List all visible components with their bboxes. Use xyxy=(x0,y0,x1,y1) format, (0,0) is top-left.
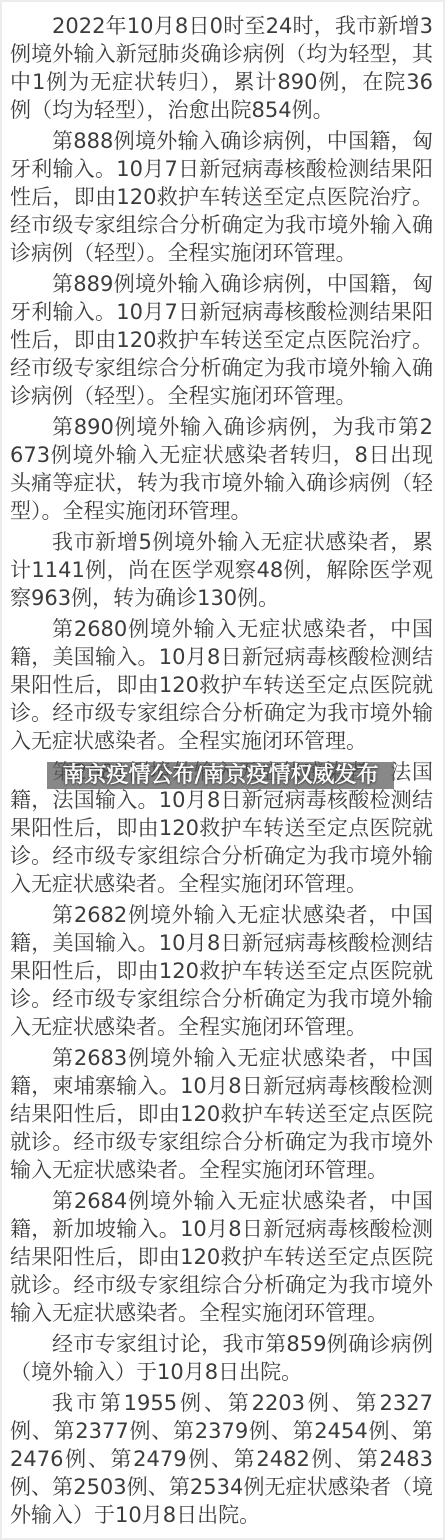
article-paragraph-summary: 2022年10月8日0时至24时，我市新增3例境外输入新冠肺炎确诊病例（均为轻型… xyxy=(10,12,433,124)
watermark-banner: 南京疫情公布/南京疫情权威发布 xyxy=(47,762,394,789)
watermark-text: 南京疫情公布/南京疫情权威发布 xyxy=(62,762,378,789)
article-paragraph-case-2683: 第2683例境外输入无症状感染者，中国籍，柬埔寨输入。10月8日新冠病毒核酸检测… xyxy=(10,1044,433,1184)
article-paragraph-asymptomatic-summary: 我市新增5例境外输入无症状感染者，累计1141例，尚在医学观察48例，解除医学观… xyxy=(10,528,433,612)
article-paragraph-case-2684: 第2684例境外输入无症状感染者，中国籍，新加坡输入。10月8日新冠病毒核酸检测… xyxy=(10,1187,433,1327)
article-paragraph-case-2680: 第2680例境外输入无症状感染者，中国籍，美国输入。10月8日新冠病毒核酸检测结… xyxy=(10,615,433,755)
article-paragraph-case-2682: 第2682例境外输入无症状感染者，中国籍，美国输入。10月8日新冠病毒核酸检测结… xyxy=(10,901,433,1041)
article-paragraph-case-888: 第888例境外输入确诊病例，中国籍，匈牙利输入。10月7日新冠病毒核酸检测结果阳… xyxy=(10,127,433,267)
article-page: 2022年10月8日0时至24时，我市新增3例境外输入新冠肺炎确诊病例（均为轻型… xyxy=(0,0,445,1540)
article-paragraph-discharge-list: 我市第1955例、第2203例、第2327例、第2377例、第2379例、第24… xyxy=(10,1389,433,1529)
article-paragraph-discharge-859: 经市专家组讨论，我市第859例确诊病例（境外输入）于10月8日出院。 xyxy=(10,1330,433,1386)
article-paragraph-case-890: 第890例境外输入确诊病例，为我市第2673例境外输入无症状感染者转归，8日出现… xyxy=(10,413,433,525)
article-paragraph-case-889: 第889例境外输入确诊病例，中国籍，匈牙利输入。10月7日新冠病毒核酸检测结果阳… xyxy=(10,270,433,410)
